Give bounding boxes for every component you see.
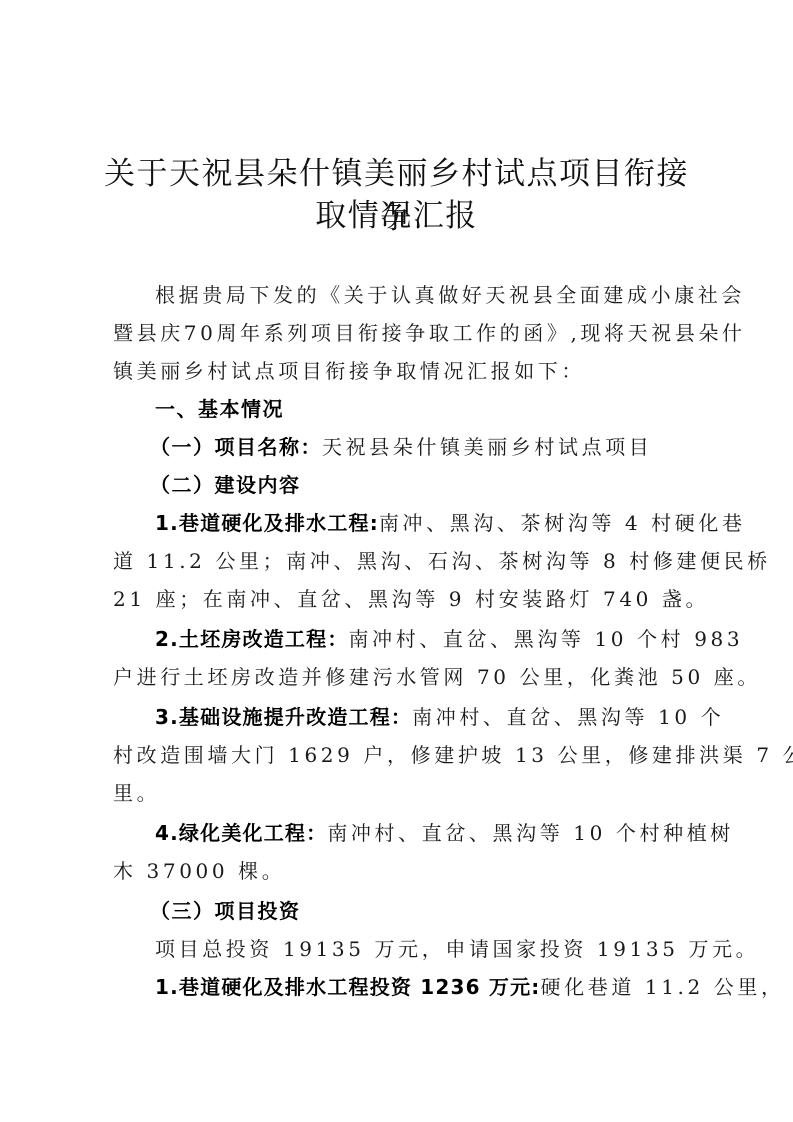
item-3-line: 里。	[113, 774, 693, 812]
item-1-label: 1.巷道硬化及排水工程:	[155, 511, 379, 535]
document-page: 关于天祝县朵什镇美丽乡村试点项目衔接争 取情况汇报 根据贵局下发的《关于认真做好…	[0, 0, 793, 1122]
document-title-line-2: 取情况汇报	[100, 194, 693, 238]
intro-paragraph-line: 暨县庆70周年系列项目衔接争取工作的函》,现将天祝县朵什	[113, 314, 693, 352]
investment-item-1-line: 1.巷道硬化及排水工程投资 1236 万元:硬化巷道 11.2 公里，	[155, 968, 735, 1006]
project-name-row: （一）项目名称：天祝县朵什镇美丽乡村试点项目	[150, 428, 730, 466]
item-1-line: 道 11.2 公里；南冲、黑沟、石沟、茶树沟等 8 村修建便民桥	[113, 542, 693, 580]
project-name-value: 天祝县朵什镇美丽乡村试点项目	[322, 435, 652, 459]
item-4-text: 南冲村、直岔、黑沟等 10 个村种植树	[327, 821, 734, 845]
item-3-line: 3.基础设施提升改造工程：南冲村、直岔、黑沟等 10 个	[155, 698, 735, 736]
item-2-label: 2.土坯房改造工程：	[155, 627, 349, 651]
item-4-label: 4.绿化美化工程：	[155, 821, 327, 845]
item-3-line: 村改造围墙大门 1629 户，修建护坡 13 公里，修建排洪渠 7 公	[113, 736, 693, 774]
item-3-text: 南冲村、直岔、黑沟等 10 个	[412, 705, 724, 729]
item-1-text: 南冲、黑沟、茶树沟等 4 村硬化巷	[379, 511, 746, 535]
intro-paragraph-line: 镇美丽乡村试点项目衔接争取情况汇报如下：	[113, 352, 693, 390]
item-4-line: 木 37000 棵。	[113, 852, 693, 890]
item-1-line: 21 座；在南冲、直岔、黑沟等 9 村安装路灯 740 盏。	[113, 580, 693, 618]
item-2-text: 南冲村、直岔、黑沟等 10 个村 983	[349, 627, 744, 651]
item-3-label: 3.基础设施提升改造工程：	[155, 705, 412, 729]
item-2-line: 户进行土坯房改造并修建污水管网 70 公里，化粪池 50 座。	[113, 658, 693, 696]
project-name-label: （一）项目名称：	[150, 435, 322, 459]
investment-total: 项目总投资 19135 万元，申请国家投资 19135 万元。	[155, 930, 735, 968]
intro-paragraph-line: 根据贵局下发的《关于认真做好天祝县全面建成小康社会	[155, 276, 735, 314]
item-1-line: 1.巷道硬化及排水工程:南冲、黑沟、茶树沟等 4 村硬化巷	[155, 504, 735, 542]
subsection-heading-construction: （二）建设内容	[150, 466, 730, 504]
section-heading-basic-info: 一、基本情况	[155, 390, 735, 428]
item-4-line: 4.绿化美化工程：南冲村、直岔、黑沟等 10 个村种植树	[155, 814, 735, 852]
investment-item-1-text: 硬化巷道 11.2 公里，	[541, 975, 785, 999]
investment-item-1-label: 1.巷道硬化及排水工程投资 1236 万元:	[155, 975, 541, 999]
subsection-heading-investment: （三）项目投资	[150, 892, 730, 930]
item-2-line: 2.土坯房改造工程：南冲村、直岔、黑沟等 10 个村 983	[155, 620, 735, 658]
